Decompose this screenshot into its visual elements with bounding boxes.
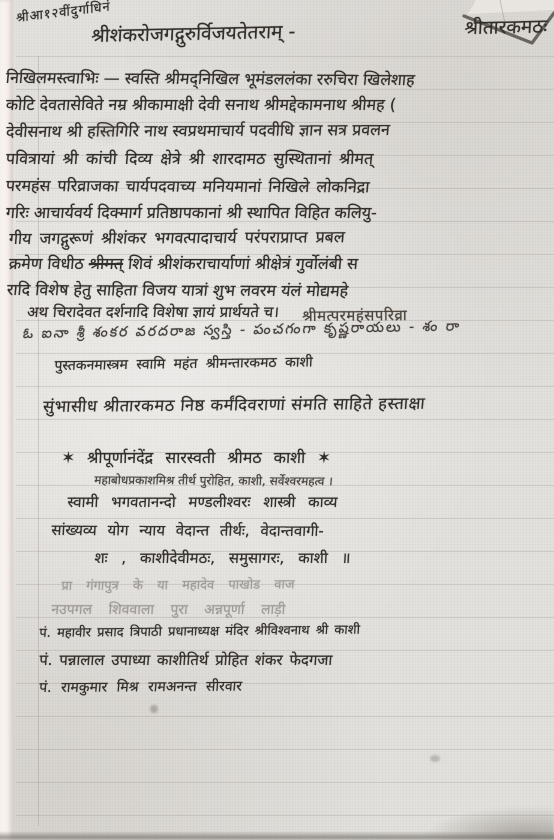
paper-speck — [150, 705, 158, 713]
endorsement-line: पुस्तकनमास्त्रम स्वामि महंत श्रीमन्तारकम… — [54, 352, 313, 375]
pencil-note-line: प्रा गंगापुत्र के या महादेव पाखोड वाज — [61, 574, 295, 594]
body-line: रादि विशेष हेतु साहिता विजय यात्रां शुभ … — [6, 278, 349, 301]
endorsement-line: सुंभासीध श्रीतारकमठ निष्ठ कर्मंदिवराणां … — [42, 391, 426, 417]
endorsement-line: सांख्यव्य योग न्याय वेदान्त तीर्थः, वेदा… — [51, 520, 325, 541]
body-line-pre: क्रमेण विधीठ — [8, 254, 90, 273]
struck-out-word: श्रीमत् — [88, 254, 124, 273]
header-title: श्रीशंकरोजगद्गुरुर्विजयतेतराम् - — [91, 18, 296, 48]
body-line: अथ चिरादेवत दर्शनादि विशेषा ज्ञायं प्रार… — [26, 302, 280, 322]
manuscript-page: श्रीआ१२वींदुर्गाधिनं श्रीशंकरोजगद्गुरुर्… — [0, 0, 554, 840]
paper-stain — [95, 120, 121, 140]
header-right-title: श्रीतारकमठः — [464, 12, 548, 40]
body-line-post: शिवं श्रीशंकराचार्याणां श्रीक्षेत्रं गुर… — [122, 254, 359, 273]
ruled-lines — [16, 56, 554, 830]
endorsement-line: पं. पन्नालाल उपाध्या काशीतिर्थ प्रोहित श… — [39, 650, 334, 670]
body-line: गरिः आचार्यवर्य दिक्मार्ग प्रतिष्ठापकाना… — [5, 201, 378, 223]
endorsement-line: ✶ श्रीपूर्णानंदेंद्र सारस्वती श्रीमठ काश… — [61, 446, 331, 468]
endorsement-line: पं. रामकुमार मिश्र रामअनन्त सीरवार — [38, 677, 242, 697]
body-line: गीय जगद्गुरूणं श्रीशंकर भगवत्पादाचार्य प… — [8, 225, 346, 249]
body-line: देवीसनाथ श्री हस्तिगिरि नाथ स्वप्रथमाचार… — [5, 118, 391, 142]
body-line-with-strikeout: क्रमेण विधीठ श्रीमत् शिवं श्रीशंकराचार्य… — [8, 252, 359, 274]
body-line: पवित्रायां श्री कांची दिव्य क्षेत्रे श्र… — [5, 147, 374, 169]
endorsement-line: पं. महावीर प्रसाद त्रिपाठी प्रधानाध्यक्ष… — [39, 620, 361, 641]
endorsement-line: शः , काशीदेवीमठः, समुसागरः, काशी ॥ — [94, 548, 351, 568]
scan-edge-shadow — [0, 831, 554, 840]
body-line: परमहंस परिव्राजका चार्यपदवाच्य मनियमानां… — [5, 174, 371, 197]
endorsement-line: स्वामी भगवतानन्दो मण्डलीश्वरः शास्त्री क… — [67, 492, 338, 512]
header-line: श्रीशंकरोजगद्गुरुर्विजयतेतराम् - श्रीतार… — [91, 12, 548, 48]
pencil-note-line: नउपगल शिववाला पुरा अन्नपूर्णा लाड़ी — [51, 600, 286, 619]
body-line: कोटि देवतासेविते नम्र श्रीकामाक्षी देवी … — [5, 93, 397, 115]
paper-speck — [430, 755, 440, 762]
body-line: निखिलमस्त्वाभिः — स्वस्ति श्रीमद्निखिल भ… — [5, 66, 416, 90]
margin-rule — [38, 56, 39, 826]
endorsement-line: महाबोधप्रकाशमिश्र तीर्थ पुरोहित, काशी, स… — [94, 471, 334, 489]
